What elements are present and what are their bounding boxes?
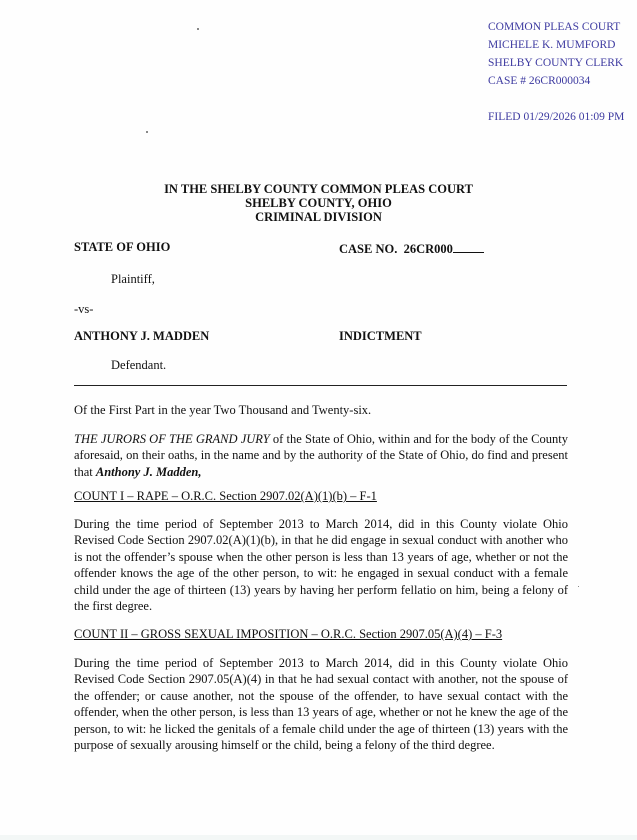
- stamp-line-clerk-name: MICHELE K. MUMFORD: [488, 36, 624, 54]
- count-1-text: During the time period of September 2013…: [74, 516, 568, 614]
- court-division: CRIMINAL DIVISION: [0, 210, 637, 224]
- stamp-line-case-number: CASE # 26CR000034: [488, 72, 624, 90]
- jurors-paragraph: THE JURORS OF THE GRAND JURY of the Stat…: [74, 431, 568, 480]
- court-header: IN THE SHELBY COUNTY COMMON PLEAS COURT …: [0, 182, 637, 224]
- document-page: COMMON PLEAS COURT MICHELE K. MUMFORD SH…: [0, 0, 637, 835]
- filing-stamp: COMMON PLEAS COURT MICHELE K. MUMFORD SH…: [488, 18, 624, 126]
- scan-speck: [578, 586, 579, 587]
- scan-speck: [146, 131, 148, 133]
- jurors-lead: THE JURORS OF THE GRAND JURY: [74, 432, 270, 446]
- case-number: CASE NO. 26CR000: [339, 240, 484, 257]
- term-line: Of the First Part in the year Two Thousa…: [74, 402, 568, 418]
- defendant-name: ANTHONY J. MADDEN: [74, 329, 209, 344]
- caption-divider: [74, 385, 567, 386]
- case-number-value: 26CR000: [404, 242, 453, 256]
- page-bottom-edge: [0, 835, 637, 840]
- plaintiff-role: Plaintiff,: [111, 272, 155, 287]
- defendant-role: Defendant.: [111, 358, 166, 373]
- scan-speck: [197, 28, 199, 30]
- case-number-blank: [453, 240, 484, 253]
- plaintiff-name: STATE OF OHIO: [74, 240, 170, 255]
- count-2-heading: COUNT II – GROSS SEXUAL IMPOSITION – O.R…: [74, 627, 502, 642]
- court-county: SHELBY COUNTY, OHIO: [0, 196, 637, 210]
- case-number-label: CASE NO.: [339, 242, 397, 256]
- stamp-line-clerk-title: SHELBY COUNTY CLERK: [488, 54, 624, 72]
- stamp-line-court: COMMON PLEAS COURT: [488, 18, 624, 36]
- count-1-heading: COUNT I – RAPE – O.R.C. Section 2907.02(…: [74, 489, 377, 504]
- defendant-named: Anthony J. Madden,: [96, 465, 202, 479]
- court-name: IN THE SHELBY COUNTY COMMON PLEAS COURT: [0, 182, 637, 196]
- versus: -vs-: [74, 302, 93, 317]
- stamp-filed-datetime: FILED 01/29/2026 01:09 PM: [488, 108, 624, 126]
- document-type: INDICTMENT: [339, 329, 422, 344]
- count-2-text: During the time period of September 2013…: [74, 655, 568, 753]
